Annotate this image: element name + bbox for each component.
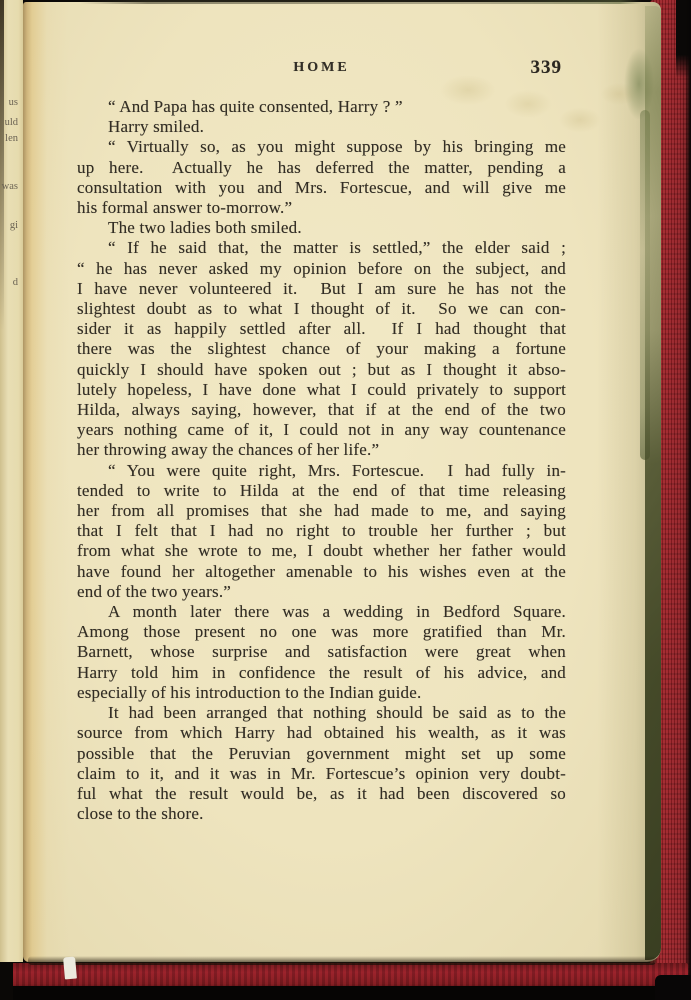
text-line: The two ladies both smiled. [77,218,566,238]
header-title: HOME [77,60,566,76]
text-line: possible that the Peruvian government mi… [77,744,566,764]
text-line: ful what the result would be, as it had … [77,784,566,804]
text-line: up here. Actually he has deferred the ma… [77,158,566,178]
text-line: his formal answer to-morrow.” [77,198,566,218]
text-line: especially of his introduction to the In… [77,683,566,703]
background-bottom [0,986,691,1000]
shadow-right-edge [686,0,691,995]
previous-page-edge: usuldlenwasgid [0,0,23,962]
page-number: 339 [531,57,563,79]
text-line: It had been arranged that nothing should… [77,703,566,723]
page-top-edge [80,0,642,4]
text-line: her throwing away the chances of her lif… [77,440,566,460]
text-line: claim to it, and it was in Mr. Fortescue… [77,764,566,784]
text-line: source from which Harry had obtained his… [77,723,566,743]
text-line: consultation with you and Mrs. Fortescue… [77,178,566,198]
text-line: quickly I should have spoken out ; but a… [77,360,566,380]
text-line: Hilda, always saying, however, that if a… [77,400,566,420]
text-line: from what she wrote to me, I doubt wheth… [77,541,566,561]
shadow-bottom-right [655,975,691,1000]
text-line: Harry smiled. [77,117,566,137]
text-line: have found her altogether amenable to hi… [77,562,566,582]
text-line: there was the slightest chance of your m… [77,339,566,359]
page-bottom-shadow [28,956,656,965]
page-right-edge-stain [645,6,661,960]
margin-fragment: gi [10,220,18,231]
text-line: “ And Papa has quite consented, Harry ? … [77,97,566,117]
text-line: “ Virtually so, as you might suppose by … [77,137,566,157]
margin-fragment: len [5,133,18,144]
text-line: her from all promises that she had made … [77,501,566,521]
previous-page-shade [0,0,4,330]
text-line: lutely hopeless, I have done what I coul… [77,380,566,400]
text-line: “ he has never asked my opinion before o… [77,259,566,279]
text-line: I have never volunteered it. But I am su… [77,279,566,299]
text-line: Among those present no one was more grat… [77,622,566,642]
margin-fragment: us [9,97,18,108]
text-line: A month later there was a wedding in Bed… [77,602,566,622]
text-line: tended to write to Hilda at the end of t… [77,481,566,501]
text-line: Harry told him in confidence the result … [77,663,566,683]
text-line: slightest doubt as to what I thought of … [77,299,566,319]
running-header: HOME 339 [77,60,566,82]
text-line: Barnett, whose surprise and satisfaction… [77,642,566,662]
text-line: close to the shore. [77,804,566,824]
text-line: “ You were quite right, Mrs. Fortescue. … [77,461,566,481]
bookmark-tab [63,957,77,980]
book-photo: usuldlenwasgid HOME 339 “ And Papa has q… [0,0,691,1000]
margin-fragment: uld [5,117,18,128]
text-line: that I felt that I had no right to troub… [77,521,566,541]
text-line: “ If he said that, the matter is settled… [77,238,566,258]
text-block: “ And Papa has quite consented, Harry ? … [77,97,566,824]
margin-fragment: was [2,181,18,192]
text-line: years nothing came of it, I could not in… [77,420,566,440]
text-line: end of the two years.” [77,582,566,602]
margin-fragment: d [13,277,18,288]
text-line: sider it as happily settled after all. I… [77,319,566,339]
